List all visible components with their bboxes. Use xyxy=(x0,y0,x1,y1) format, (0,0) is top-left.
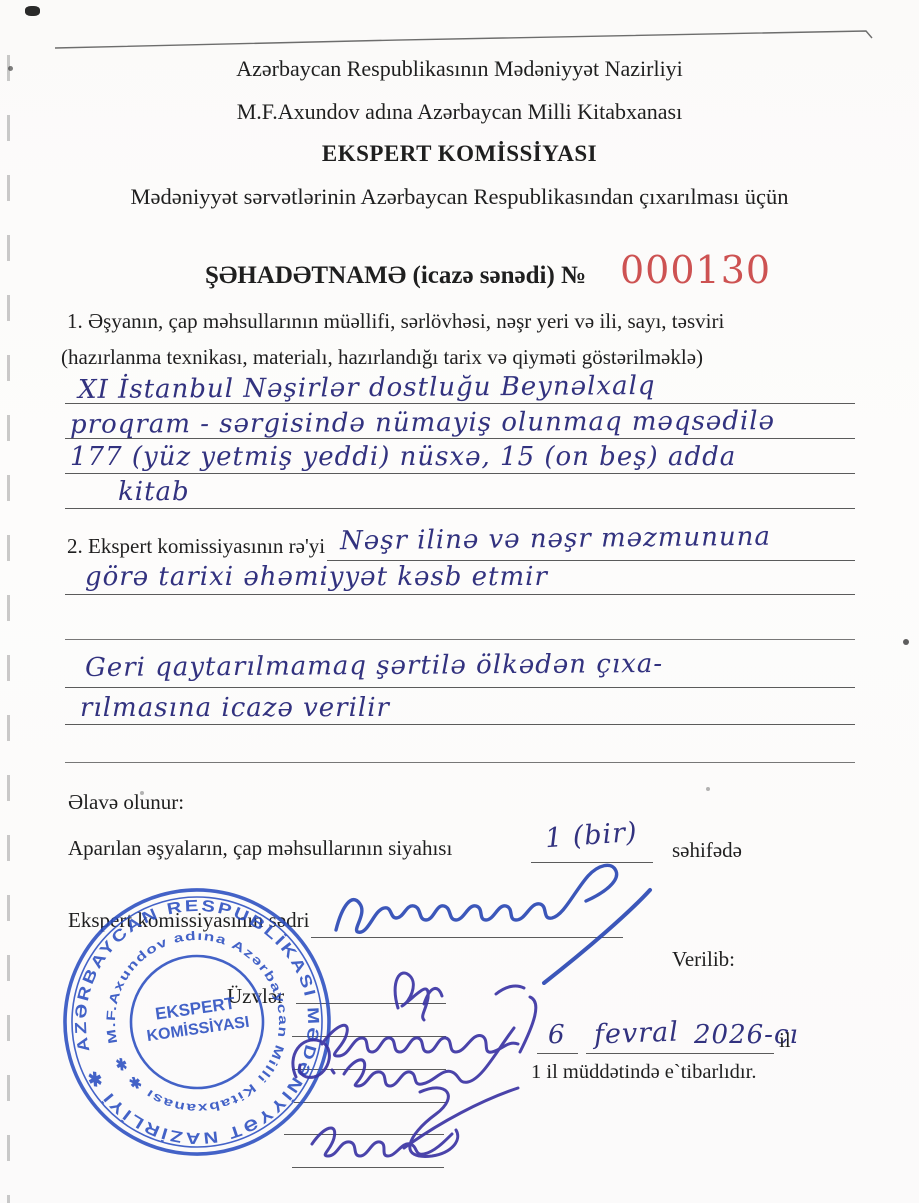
handwriting-item-line3: 177 (yüz yetmiş yeddi) nüsxə, 15 (on beş… xyxy=(70,442,736,472)
chairman-label: Ekspert komissiyasının sədri xyxy=(68,908,309,933)
svg-text:M.F.Axundov adına Azərbaycan M: M.F.Axundov adına Azərbaycan Milli Kitab… xyxy=(82,907,312,1138)
handwriting-item-line2: proqram - sərgisində nümayiş olunmaq məq… xyxy=(70,406,775,440)
stamp-inner-ring-text: M.F.Axundov adına Azərbaycan Milli Kitab… xyxy=(82,907,312,1138)
list-label: Aparılan əşyaların, çap məhsullarının si… xyxy=(68,836,452,861)
handwriting-date-day: 6 xyxy=(548,1020,566,1050)
verilib-label: Verilib: xyxy=(672,947,735,972)
handwriting-page-count: 1 (bir) xyxy=(544,817,639,854)
validity-line: 1 il müddətində e`tibarlıdır. xyxy=(531,1061,756,1084)
stamp-center-line1: EKSPERT xyxy=(154,994,237,1024)
handwriting-opinion-line2: görə tarixi əhəmiyyət kəsb etmir xyxy=(85,562,548,592)
handwriting-permission-line2: rılmasına icazə verilir xyxy=(80,693,390,723)
serial-number: 000130 xyxy=(620,248,771,292)
commission-line: EKSPERT KOMİSSİYASI xyxy=(40,141,879,167)
section1-label-1: 1. Əşyanın, çap məhsullarının müəllifi, … xyxy=(67,309,724,334)
stamp-center-line2: KOMİSSİYASI xyxy=(146,1013,251,1045)
handwriting-opinion-line1: Nəşr ilinə və nəşr məzmununa xyxy=(340,522,771,557)
section1-label-2: (hazırlanma texnikası, materialı, hazırl… xyxy=(61,345,703,370)
handwriting-date-month: fevral xyxy=(593,1017,679,1051)
attachment-label: Əlavə olunur: xyxy=(68,790,184,815)
library-line: M.F.Axundov adına Azərbaycan Milli Kitab… xyxy=(40,99,879,125)
list-suffix: səhifədə xyxy=(672,838,742,863)
section2-label: 2. Ekspert komissiyasının rə'yi xyxy=(67,534,325,559)
handwriting-item-line4: kitab xyxy=(118,477,190,507)
members-label: Üzvlər xyxy=(227,984,284,1009)
certificate-title: ŞƏHADƏTNAMƏ (icazə sənədi) № xyxy=(205,262,586,290)
purpose-line: Mədəniyyət sərvətlərinin Azərbaycan Resp… xyxy=(40,184,879,210)
scanned-certificate-page: Azərbaycan Respublikasının Mədəniyyət Na… xyxy=(0,0,919,1203)
handwriting-item-line1: XI İstanbul Nəşirlər dostluğu Beynəlxalq xyxy=(78,371,656,405)
handwriting-permission-line1: Geri qaytarılmamaq şərtilə ölkədən çıxa- xyxy=(85,649,663,683)
ministry-line: Azərbaycan Respublikasının Mədəniyyət Na… xyxy=(40,56,879,82)
date-il-suffix: il xyxy=(779,1028,791,1053)
